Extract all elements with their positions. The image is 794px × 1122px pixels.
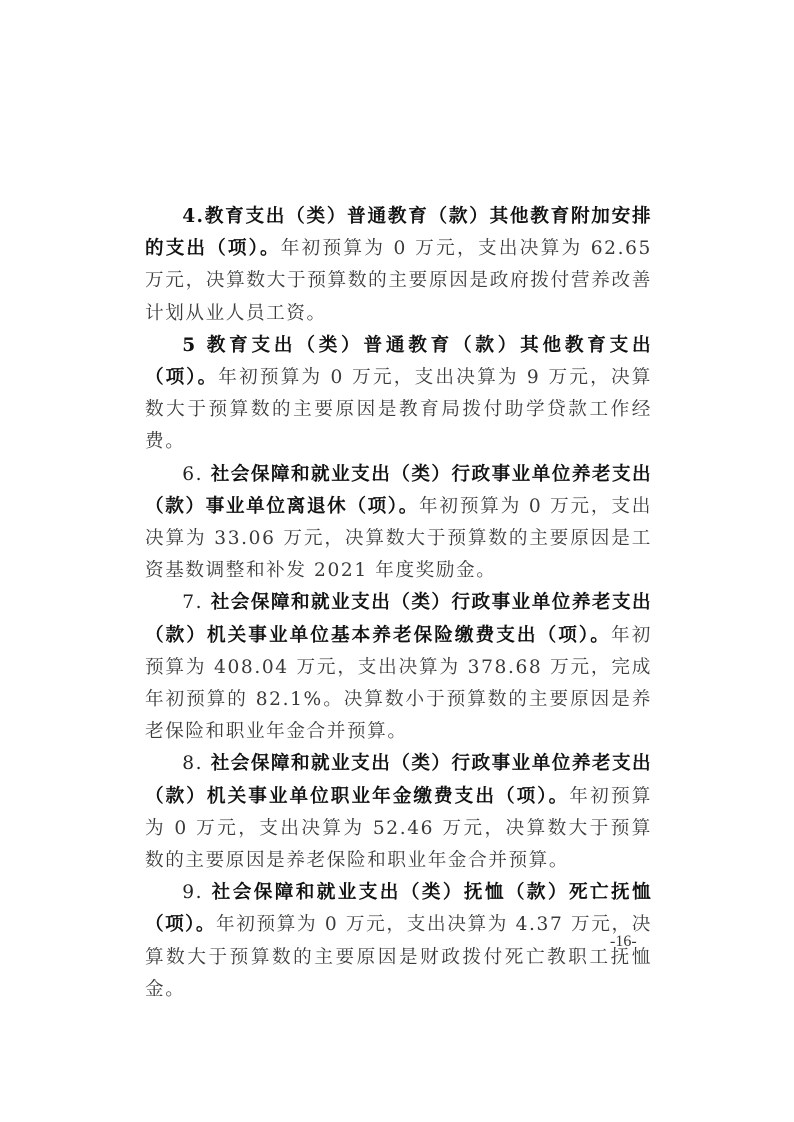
paragraph-item-4: 4.教育支出（类）普通教育（款）其他教育附加安排的支出（项）。年初预算为 0 万… — [145, 201, 652, 330]
item-heading: 社会保障和就业支出（类）行政事业单位养老支出（款）机关事业单位基本养老保险缴费支… — [145, 592, 652, 645]
item-number: 4. — [182, 206, 204, 227]
item-number: 9. — [182, 882, 211, 903]
document-body: 4.教育支出（类）普通教育（款）其他教育附加安排的支出（项）。年初预算为 0 万… — [145, 201, 652, 1006]
item-number: 8. — [182, 753, 211, 774]
document-page: 4.教育支出（类）普通教育（款）其他教育附加安排的支出（项）。年初预算为 0 万… — [0, 0, 794, 1122]
item-number: 6. — [182, 464, 211, 485]
item-number: 7. — [182, 592, 211, 613]
paragraph-item-7: 7. 社会保障和就业支出（类）行政事业单位养老支出（款）机关事业单位基本养老保险… — [145, 587, 652, 748]
item-number: 5 — [182, 335, 207, 356]
item-body: 年初预算为 0 万元，支出决算为 4.37 万元，决算数大于预算数的主要原因是财… — [145, 914, 652, 999]
item-body: 年初预算为 0 万元，支出决算为 9 万元，决算数大于预算数的主要原因是教育局拨… — [145, 367, 652, 452]
paragraph-item-9: 9. 社会保障和就业支出（类）抚恤（款）死亡抚恤（项）。年初预算为 0 万元，支… — [145, 877, 652, 1006]
paragraph-item-5: 5 教育支出（类）普通教育（款）其他教育支出（项）。年初预算为 0 万元，支出决… — [145, 330, 652, 459]
paragraph-item-6: 6. 社会保障和就业支出（类）行政事业单位养老支出（款）事业单位离退休（项）。年… — [145, 459, 652, 588]
paragraph-item-8: 8. 社会保障和就业支出（类）行政事业单位养老支出（款）机关事业单位职业年金缴费… — [145, 748, 652, 877]
page-number: -16- — [610, 933, 637, 951]
